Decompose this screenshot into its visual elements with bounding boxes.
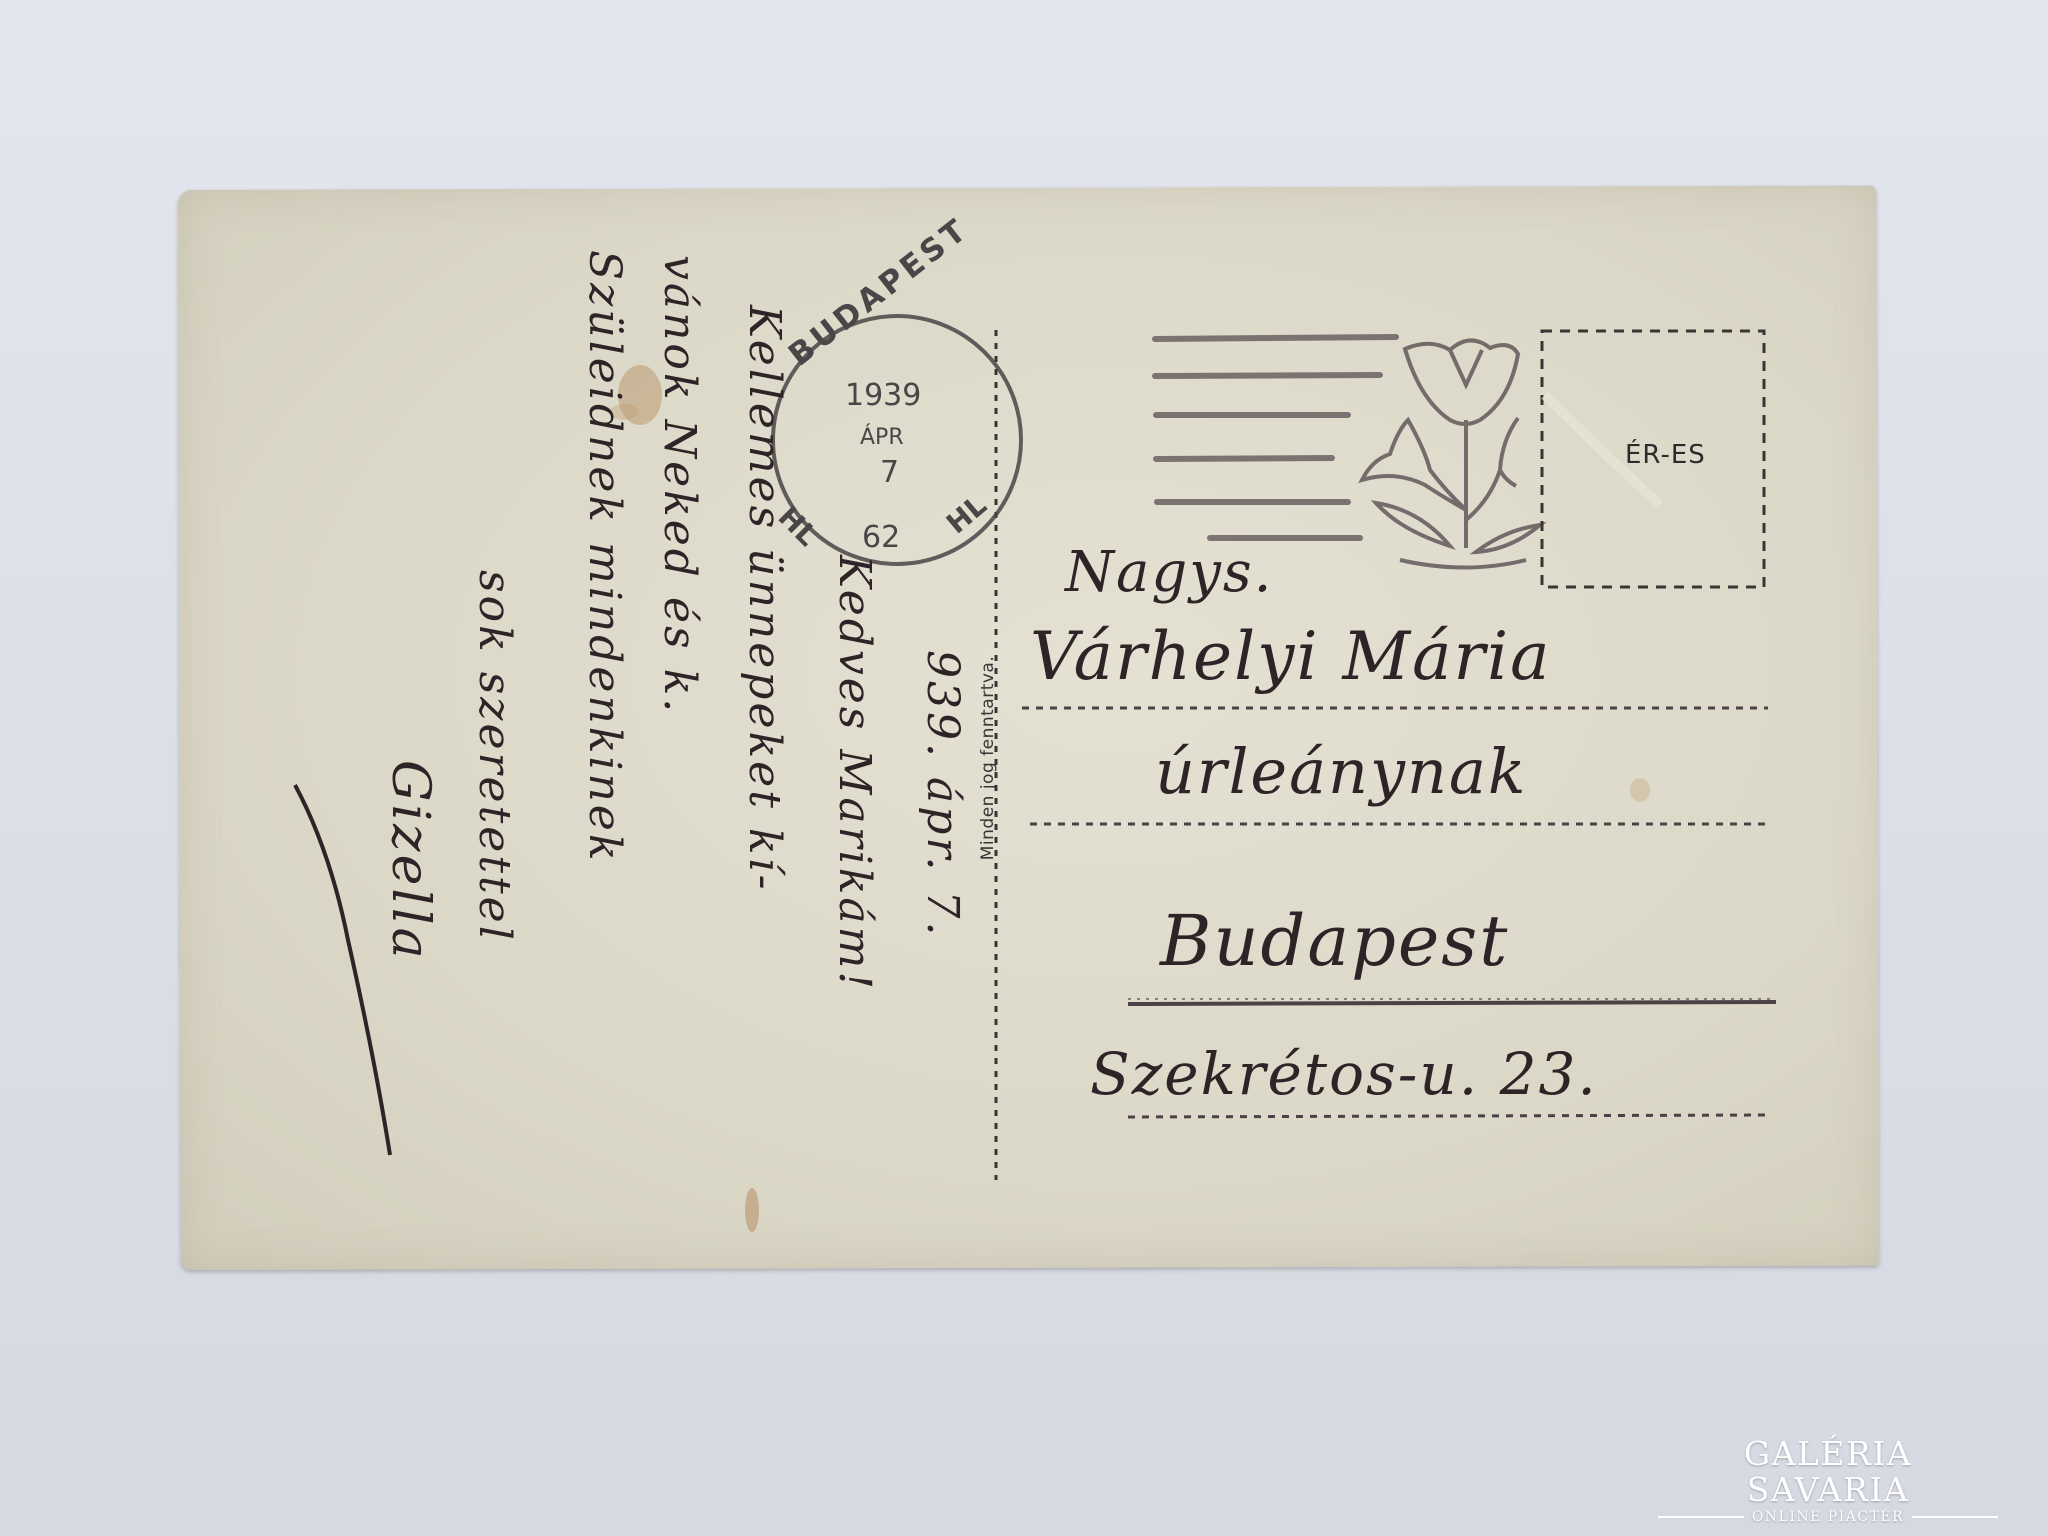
message-line-2: Kellemes ünnepeket kí- bbox=[739, 305, 790, 892]
address-line-5: Szekrétos-u. 23. bbox=[1090, 1040, 1598, 1108]
message-line-5: sok szeretettel bbox=[469, 570, 520, 943]
postmark-month: ÁPR bbox=[860, 425, 904, 450]
watermark-rule-left bbox=[1658, 1516, 1744, 1518]
rights-notice: Minden jog fenntartva. bbox=[978, 656, 998, 861]
postmark-day: 7 bbox=[880, 455, 899, 490]
watermark-rule-right bbox=[1912, 1516, 1998, 1518]
watermark-title: GALÉRIA SAVARIA bbox=[1658, 1436, 1998, 1508]
message-line-4: Szüleidnek mindenkinek bbox=[579, 250, 630, 864]
stamp-box-text: ÉR-ES bbox=[1625, 440, 1706, 470]
address-line-3: úrleánynak bbox=[1155, 735, 1527, 808]
address-line-1: Nagys. bbox=[1065, 540, 1273, 605]
postmark-code: 62 bbox=[862, 520, 900, 555]
message-line-3: vánok Neked és k. bbox=[654, 255, 705, 715]
message-date: 939. ápr. 7. bbox=[917, 650, 968, 939]
watermark-logo: GALÉRIA SAVARIA ONLINE PIACTÉR bbox=[1658, 1436, 1998, 1525]
watermark-subtitle: ONLINE PIACTÉR bbox=[1752, 1509, 1904, 1525]
address-line-2: Várhelyi Mária bbox=[1030, 618, 1552, 695]
address-line-4: Budapest bbox=[1160, 900, 1509, 982]
postcard bbox=[178, 186, 1879, 1270]
message-line-1: Kedves Marikám! bbox=[829, 555, 880, 992]
postmark-year: 1939 bbox=[845, 378, 921, 413]
message-signature: Gizella bbox=[380, 760, 440, 962]
